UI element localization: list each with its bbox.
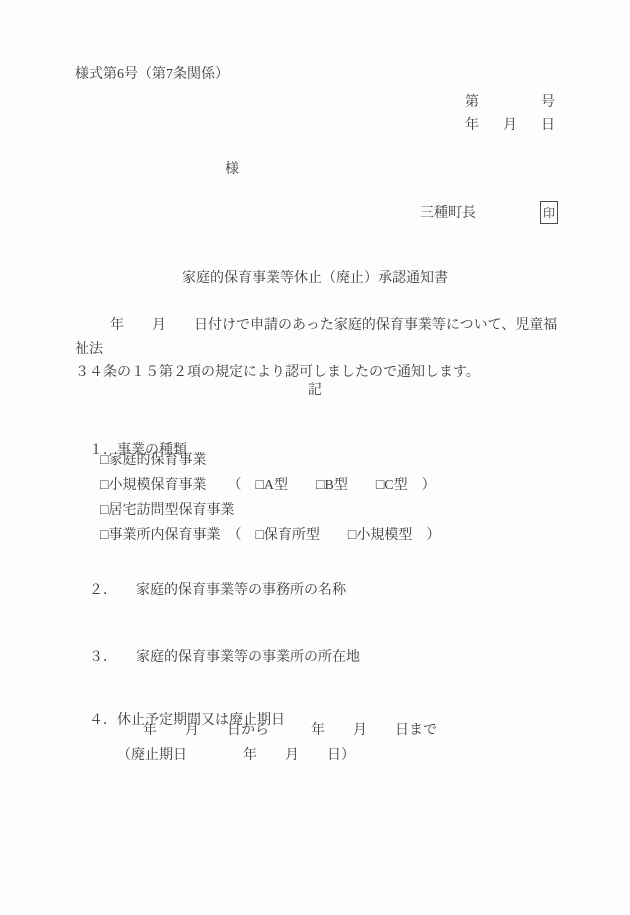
document-title: 家庭的保育事業等休止（廃止）承認通知書 — [0, 271, 630, 286]
section-2-heading: ２．家庭的保育事業等の事務所の名称 — [75, 568, 346, 613]
record-marker: 記 — [0, 383, 630, 398]
section-3-number: ３． — [89, 650, 117, 665]
form-number: 様式第6号（第7条関係） — [75, 67, 229, 82]
doc-number-line: 第 号 — [465, 95, 555, 110]
checkbox-option-small-scale-daycare: □小規模保育事業 （ □A型 □B型 □C型 ） — [100, 478, 436, 493]
doc-number-suffix: 号 — [541, 95, 555, 110]
date-month-label: 月 — [503, 118, 517, 133]
document-page: 様式第6号（第7条関係） 第 号 年 月 日 様 三種町長 印 家庭的保育事業等… — [0, 0, 630, 915]
checkbox-option-workplace-daycare: □事業所内保育事業 （ □保育所型 □小規模型 ） — [100, 528, 440, 543]
section-4-abolition-line: （廃止期日 年 月 日） — [117, 748, 355, 763]
date-line: 年 月 日 — [465, 118, 555, 133]
date-year-label: 年 — [465, 118, 479, 133]
checkbox-option-home-visit-daycare: □居宅訪問型保育事業 — [100, 503, 234, 518]
body-line-2: ３４条の１５第２項の規定により認可しましたので通知します。 — [75, 361, 559, 385]
section-3-title: 家庭的保育事業等の事業所の所在地 — [136, 650, 360, 665]
date-day-label: 日 — [541, 118, 555, 133]
section-4-number: ４． — [89, 713, 117, 728]
issuer-name: 三種町長 — [420, 206, 476, 221]
section-4-period-line: 年 月 日から 年 月 日まで — [143, 723, 437, 738]
doc-number-prefix: 第 — [465, 95, 479, 110]
addressee-honorific: 様 — [225, 162, 239, 177]
seal-box: 印 — [540, 201, 558, 224]
body-paragraph: 年 月 日付けで申請のあった家庭的保育事業等について、児童福祉法 ３４条の１５第… — [75, 314, 559, 385]
section-2-number: ２． — [89, 583, 117, 598]
checkbox-option-family-daycare: □家庭的保育事業 — [100, 453, 206, 468]
section-3-heading: ３．家庭的保育事業等の事業所の所在地 — [75, 635, 360, 680]
seal-label: 印 — [543, 207, 555, 219]
body-line-1: 年 月 日付けで申請のあった家庭的保育事業等について、児童福祉法 — [75, 314, 559, 361]
section-2-title: 家庭的保育事業等の事務所の名称 — [136, 583, 346, 598]
